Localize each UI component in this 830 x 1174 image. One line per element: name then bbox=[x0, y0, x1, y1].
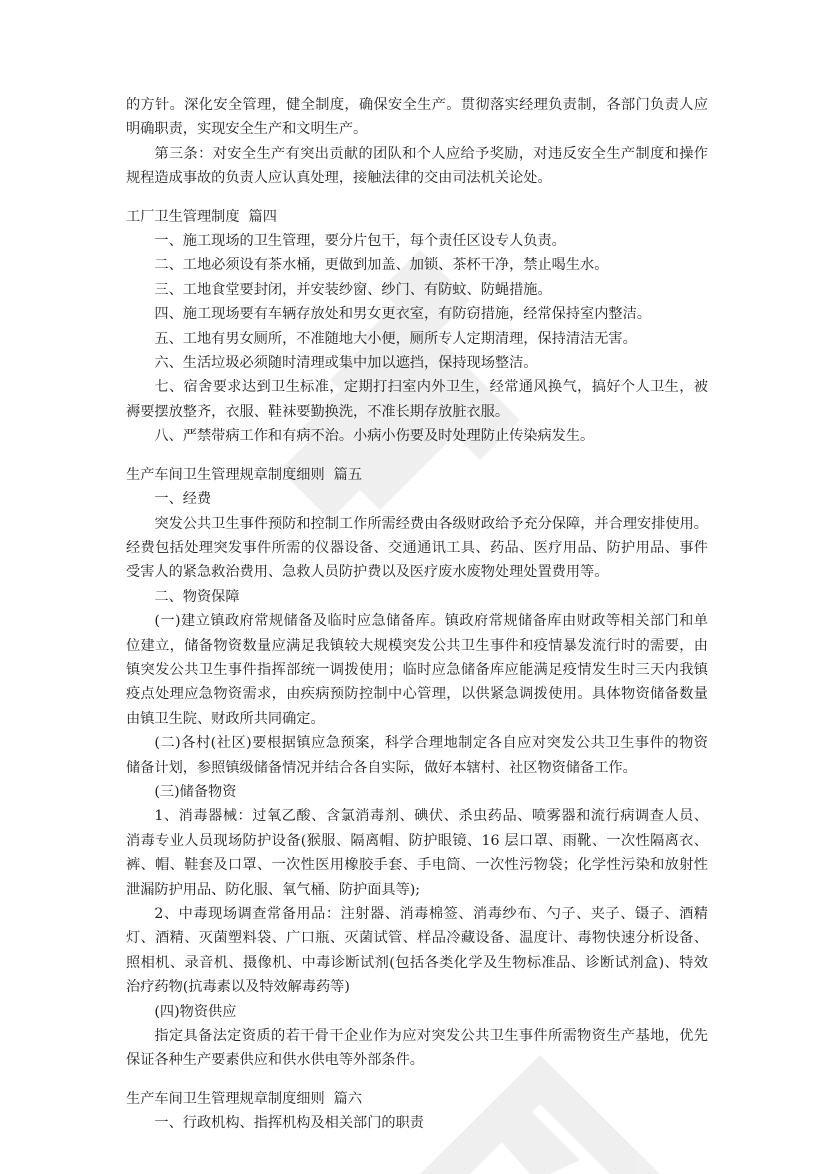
text-line: 治疗药物(抗毒素以及特效解毒药等) bbox=[126, 975, 708, 999]
section-6-title: 生产车间卫生管理规章制度细则 篇六 bbox=[126, 1087, 708, 1111]
spacer bbox=[126, 449, 708, 463]
section-4-item-4: 四、施工现场要有车辆存放处和男女更衣室，有防窃措施，经常保持室内整洁。 bbox=[126, 302, 708, 326]
section-4-item-5: 五、工地有男女厕所，不准随地大小便，厕所专人定期清理，保持清洁无害。 bbox=[126, 327, 708, 351]
text-line: 由镇卫生院、财政所共同确定。 bbox=[126, 707, 708, 731]
spacer bbox=[126, 191, 708, 205]
section-4-item-3: 三、工地食堂要封闭，并安装纱窗、纱门、有防蚊、防蝇措施。 bbox=[126, 278, 708, 302]
section-4-item-7: 七、宿舍要求达到卫生标准，定期打扫室内外卫生，经常通风换气，搞好个人卫生，被 褥… bbox=[126, 375, 708, 424]
intro-paragraph: 的方针。深化安全管理，健全制度，确保安全生产。贯彻落实经理负责制，各部门负责人应… bbox=[126, 93, 708, 142]
section-6-subheading-duties: 一、行政机构、指挥机构及相关部门的职责 bbox=[126, 1111, 708, 1135]
text-line: 灯、酒精、灭菌塑料袋、广口瓶、灭菌试管、样品冷藏设备、温度计、毒物快速分析设备、 bbox=[126, 926, 708, 950]
text-line: 照相机、录音机、摄像机、中毒诊断试剂(包括各类化学及生物标准品、诊断试剂盒)、特… bbox=[126, 951, 708, 975]
section-4-item-6: 六、生活垃圾必须随时清理或集中加以遮挡，保持现场整洁。 bbox=[126, 351, 708, 375]
section-4-item-1: 一、施工现场的卫生管理，要分片包干，每个责任区设专人负责。 bbox=[126, 229, 708, 253]
text-line: 位建立，储备物资数量应满足我镇较大规模突发公共卫生事件和疫情暴发流行时的需要，由 bbox=[126, 634, 708, 658]
spacer bbox=[126, 1073, 708, 1087]
text-line: 褥要摆放整齐，衣服、鞋袜要勤换洗，不准长期存放脏衣服。 bbox=[126, 400, 708, 424]
text-line: 二、物资保障 bbox=[126, 585, 708, 609]
text-line: 保证各种生产要素供应和供水供电等外部条件。 bbox=[126, 1048, 708, 1072]
section-5-village-paragraph: (二)各村(社区)要根据镇应急预案，科学合理地制定各自应对突发公共卫生事件的物资… bbox=[126, 731, 708, 780]
text-line: 1、消毒器械：过氧乙酸、含氯消毒剂、碘伏、杀虫药品、喷雾器和流行病调查人员、 bbox=[126, 804, 708, 828]
section-5-subheading-supply: (四)物资供应 bbox=[126, 1000, 708, 1024]
text-line: 七、宿舍要求达到卫生标准，定期打扫室内外卫生，经常通风换气，搞好个人卫生，被 bbox=[126, 375, 708, 399]
text-line: 受害人的紧急救治费用、急救人员防护费以及医疗废水废物处理处置费用等。 bbox=[126, 560, 708, 584]
text-line: 一、施工现场的卫生管理，要分片包干，每个责任区设专人负责。 bbox=[126, 229, 708, 253]
text-line: (三)储备物资 bbox=[126, 780, 708, 804]
text-line: 疫点处理应急物资需求，由疾病预防控制中心管理，以供紧急调拨使用。具体物资储备数量 bbox=[126, 682, 708, 706]
article-3-paragraph: 第三条：对安全生产有突出贡献的团队和个人应给予奖励，对违反安全生产制度和操作 规… bbox=[126, 142, 708, 191]
section-5-title: 生产车间卫生管理规章制度细则 篇五 bbox=[126, 463, 708, 487]
text-line: 一、行政机构、指挥机构及相关部门的职责 bbox=[126, 1111, 708, 1135]
text-line: 明确职责，实现安全生产和文明生产。 bbox=[126, 117, 708, 141]
text-line: 第三条：对安全生产有突出贡献的团队和个人应给予奖励，对违反安全生产制度和操作 bbox=[126, 142, 708, 166]
section-4-item-2: 二、工地必须设有茶水桶，更做到加盖、加锁、茶杯干净，禁止喝生水。 bbox=[126, 253, 708, 277]
text-line: 镇突发公共卫生事件指挥部统一调拨使用；临时应急储备库应能满足疫情发生时三天内我镇 bbox=[126, 658, 708, 682]
text-line: 泄漏防护用品、防化服、氧气桶、防护面具等); bbox=[126, 878, 708, 902]
text-line: 2、中毒现场调查常备用品：注射器、消毒棉签、消毒纱布、勺子、夹子、镊子、酒精 bbox=[126, 902, 708, 926]
text-line: 三、工地食堂要封闭，并安装纱窗、纱门、有防蚊、防蝇措施。 bbox=[126, 278, 708, 302]
text-line: 规程造成事故的负责人应认真处理，接触法律的交由司法机关论处。 bbox=[126, 166, 708, 190]
document-page: 的方针。深化安全管理，健全制度，确保安全生产。贯彻落实经理负责制，各部门负责人应… bbox=[126, 93, 708, 1136]
text-line: (四)物资供应 bbox=[126, 1000, 708, 1024]
text-line: 经费包括处理突发事件所需的仪器设备、交通通讯工具、药品、医疗用品、防护用品、事件 bbox=[126, 536, 708, 560]
text-line: 二、工地必须设有茶水桶，更做到加盖、加锁、茶杯干净，禁止喝生水。 bbox=[126, 253, 708, 277]
section-5-poisoning-paragraph: 2、中毒现场调查常备用品：注射器、消毒棉签、消毒纱布、勺子、夹子、镊子、酒精 灯… bbox=[126, 902, 708, 1000]
section-5-reserve-paragraph: (一)建立镇政府常规储备及临时应急储备库。镇政府常规储备库由财政等相关部门和单 … bbox=[126, 609, 708, 731]
text-line: 的方针。深化安全管理，健全制度，确保安全生产。贯彻落实经理负责制，各部门负责人应 bbox=[126, 93, 708, 117]
text-line: 裤、帽、鞋套及口罩、一次性医用橡胶手套、手电筒、一次性污物袋；化学性污染和放射性 bbox=[126, 853, 708, 877]
section-5-supply-paragraph: 指定具备法定资质的若干骨干企业作为应对突发公共卫生事件所需物资生产基地，优先 保… bbox=[126, 1024, 708, 1073]
section-4-item-8: 八、严禁带病工作和有病不治。小病小伤要及时处理防止传染病发生。 bbox=[126, 424, 708, 448]
section-5-funding-paragraph: 突发公共卫生事件预防和控制工作所需经费由各级财政给予充分保障，并合理安排使用。 … bbox=[126, 512, 708, 585]
text-line: 消毒专业人员现场防护设备(猴服、隔离帽、防护眼镜、16 层口罩、雨靴、一次性隔离… bbox=[126, 829, 708, 853]
text-line: 指定具备法定资质的若干骨干企业作为应对突发公共卫生事件所需物资生产基地，优先 bbox=[126, 1024, 708, 1048]
text-line: 四、施工现场要有车辆存放处和男女更衣室，有防窃措施，经常保持室内整洁。 bbox=[126, 302, 708, 326]
text-line: 五、工地有男女厕所，不准随地大小便，厕所专人定期清理，保持清洁无害。 bbox=[126, 327, 708, 351]
section-5-subheading-supplies: 二、物资保障 bbox=[126, 585, 708, 609]
text-line: 突发公共卫生事件预防和控制工作所需经费由各级财政给予充分保障，并合理安排使用。 bbox=[126, 512, 708, 536]
section-5-disinfection-paragraph: 1、消毒器械：过氧乙酸、含氯消毒剂、碘伏、杀虫药品、喷雾器和流行病调查人员、 消… bbox=[126, 804, 708, 902]
text-line: 储备计划，参照镇级储备情况并结合各自实际，做好本辖村、社区物资储备工作。 bbox=[126, 756, 708, 780]
section-5-subheading-funding: 一、经费 bbox=[126, 487, 708, 511]
text-line: 八、严禁带病工作和有病不治。小病小伤要及时处理防止传染病发生。 bbox=[126, 424, 708, 448]
section-4-title: 工厂卫生管理制度 篇四 bbox=[126, 205, 708, 229]
text-line: (一)建立镇政府常规储备及临时应急储备库。镇政府常规储备库由财政等相关部门和单 bbox=[126, 609, 708, 633]
section-5-subheading-reserve-items: (三)储备物资 bbox=[126, 780, 708, 804]
text-line: 六、生活垃圾必须随时清理或集中加以遮挡，保持现场整洁。 bbox=[126, 351, 708, 375]
text-line: (二)各村(社区)要根据镇应急预案，科学合理地制定各自应对突发公共卫生事件的物资 bbox=[126, 731, 708, 755]
text-line: 一、经费 bbox=[126, 487, 708, 511]
